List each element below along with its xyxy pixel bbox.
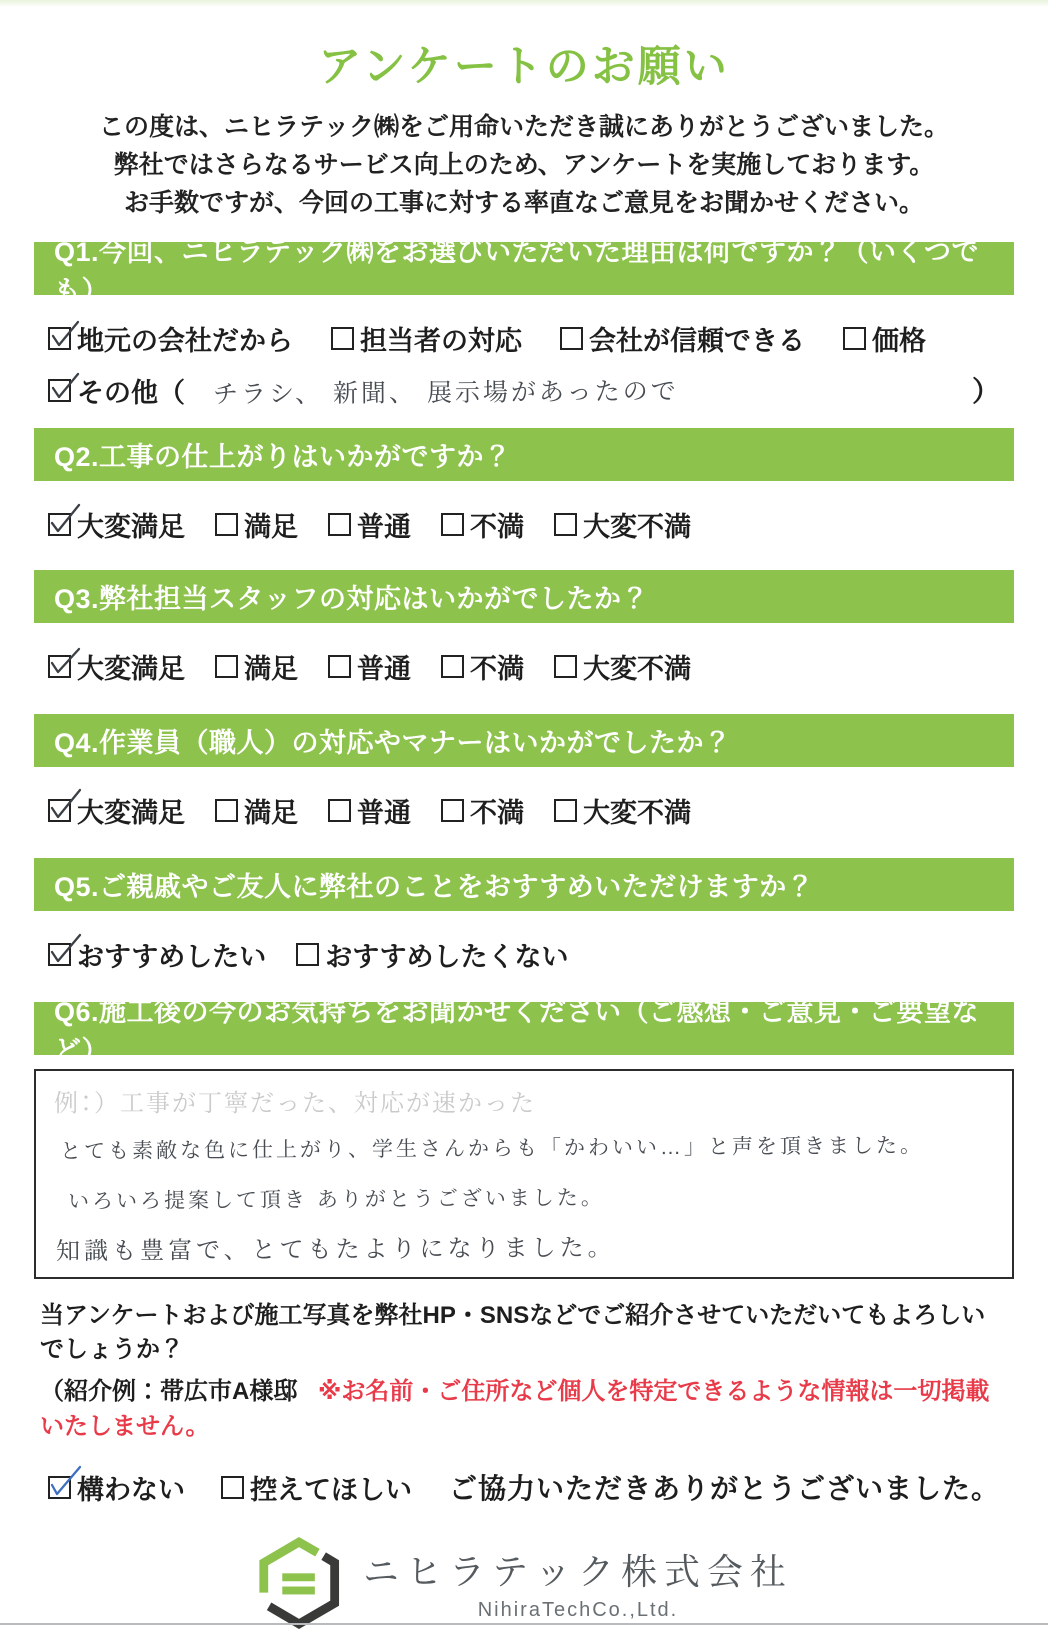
checkbox-q5-not-recommend[interactable] bbox=[296, 943, 319, 966]
option-q3-satisfied[interactable]: 満足 bbox=[215, 647, 298, 686]
q6-comment-box[interactable]: 例：）工事が丁寧だった、対応が速かった とても素敵な色に仕上がり、学生さんからも… bbox=[34, 1069, 1014, 1279]
option-q1-local-company[interactable]: 地元の会社だから bbox=[48, 319, 293, 358]
checkbox-consent-decline[interactable] bbox=[221, 1476, 244, 1499]
option-consent-decline[interactable]: 控えてほしい bbox=[221, 1468, 412, 1507]
intro-line: この度は、ニヒラテック㈱をご用命いただき誠にありがとうございました。 bbox=[0, 108, 1048, 146]
checkbox-q2-very-satisfied[interactable] bbox=[48, 513, 71, 536]
question-1-header: Q1.今回、ニヒラテック㈱をお選びいただいた理由は何ですか？（いくつでも） bbox=[34, 242, 1014, 295]
option-q2-very-satisfied[interactable]: 大変満足 bbox=[48, 505, 185, 544]
checkbox-q1-staff-response[interactable] bbox=[331, 327, 354, 350]
option-q5-not-recommend[interactable]: おすすめしたくない bbox=[296, 935, 568, 974]
intro-line: お手数ですが、今回の工事に対する率直なご意見をお聞かせください。 bbox=[0, 184, 1048, 222]
option-q1-trustworthy[interactable]: 会社が信頼できる bbox=[560, 319, 805, 358]
checkbox-q5-recommend[interactable] bbox=[48, 943, 71, 966]
checkbox-q4-very-satisfied[interactable] bbox=[48, 799, 71, 822]
checkbox-q2-very-dissatisfied[interactable] bbox=[554, 513, 577, 536]
hexagon-logo-icon bbox=[255, 1537, 343, 1629]
closing-paren: ） bbox=[972, 370, 1000, 410]
question-5-options: おすすめしたい おすすめしたくない bbox=[48, 935, 1000, 974]
consent-section: 当アンケートおよび施工写真を弊社HP・SNSなどでご紹介させていただいてもよろし… bbox=[40, 1299, 1008, 1507]
q1-other-handwritten-answer: チラシ、 新聞、 展示場があったので bbox=[213, 369, 972, 410]
checkbox-q1-trustworthy[interactable] bbox=[560, 327, 583, 350]
consent-options: 構わない 控えてほしい ご協力いただきありがとうございました。 bbox=[48, 1467, 1000, 1507]
question-2-header: Q2.工事の仕上がりはいかがですか？ bbox=[34, 428, 1014, 481]
checkbox-q1-price[interactable] bbox=[843, 327, 866, 350]
option-q2-neutral[interactable]: 普通 bbox=[328, 505, 411, 544]
question-2-options: 大変満足 満足 普通 不満 大変不満 bbox=[48, 505, 1000, 544]
checkbox-q4-very-dissatisfied[interactable] bbox=[554, 799, 577, 822]
option-q4-very-dissatisfied[interactable]: 大変不満 bbox=[554, 791, 691, 830]
option-q2-dissatisfied[interactable]: 不満 bbox=[441, 505, 524, 544]
option-q4-neutral[interactable]: 普通 bbox=[328, 791, 411, 830]
thanks-message: ご協力いただきありがとうございました。 bbox=[449, 1467, 1000, 1507]
question-4-options: 大変満足 満足 普通 不満 大変不満 bbox=[48, 791, 1000, 830]
question-1-other-row: その他（ チラシ、 新聞、 展示場があったので ） bbox=[48, 370, 1000, 410]
checkbox-q2-dissatisfied[interactable] bbox=[441, 513, 464, 536]
option-q3-very-satisfied[interactable]: 大変満足 bbox=[48, 647, 185, 686]
option-q3-dissatisfied[interactable]: 不満 bbox=[441, 647, 524, 686]
consent-example-line: （紹介例：帯広市A様邸 ※お名前・ご住所など個人を特定できるような情報は一切掲載… bbox=[40, 1371, 1008, 1441]
checkbox-consent-ok[interactable] bbox=[48, 1476, 71, 1499]
intro-paragraph: この度は、ニヒラテック㈱をご用命いただき誠にありがとうございました。 弊社ではさ… bbox=[0, 108, 1048, 222]
consent-example-prefix: （紹介例：帯広市A様邸 bbox=[40, 1378, 297, 1405]
survey-sheet: アンケートのお願い この度は、ニヒラテック㈱をご用命いただき誠にありがとうござい… bbox=[0, 0, 1048, 1629]
scan-edge-artifact bbox=[0, 0, 1048, 7]
consent-question: 当アンケートおよび施工写真を弊社HP・SNSなどでご紹介させていただいてもよろし… bbox=[40, 1299, 1008, 1367]
checkbox-q2-neutral[interactable] bbox=[328, 513, 351, 536]
option-q2-very-dissatisfied[interactable]: 大変不満 bbox=[554, 505, 691, 544]
question-3-header: Q3.弊社担当スタッフの対応はいかがでしたか？ bbox=[34, 570, 1014, 623]
q6-handwritten-line: とても素敵な色に仕上がり、学生さんからも「かわいい…」と声を頂きました。 bbox=[60, 1129, 994, 1166]
option-q1-price[interactable]: 価格 bbox=[843, 319, 926, 358]
checkbox-q1-other[interactable] bbox=[48, 379, 71, 402]
company-name-english: NihiraTechCo.,Ltd. bbox=[363, 1599, 793, 1622]
q6-handwritten-line: 知識も豊富で、とてもたよりになりました。 bbox=[56, 1225, 994, 1267]
option-consent-ok[interactable]: 構わない bbox=[48, 1468, 185, 1507]
option-q1-staff-response[interactable]: 担当者の対応 bbox=[331, 319, 522, 358]
page-title: アンケートのお願い bbox=[0, 33, 1048, 94]
company-names: ニヒラテック株式会社 NihiraTechCo.,Ltd. bbox=[363, 1544, 793, 1622]
checkbox-q4-dissatisfied[interactable] bbox=[441, 799, 464, 822]
option-q4-satisfied[interactable]: 満足 bbox=[215, 791, 298, 830]
company-brand: ニヒラテック株式会社 NihiraTechCo.,Ltd. bbox=[0, 1537, 1048, 1629]
checkbox-q4-satisfied[interactable] bbox=[215, 799, 238, 822]
question-6-header: Q6.施工後の今のお気持ちをお聞かせください（ご感想・ご意見・ご要望など） bbox=[34, 1002, 1014, 1055]
checkbox-q4-neutral[interactable] bbox=[328, 799, 351, 822]
option-q3-neutral[interactable]: 普通 bbox=[328, 647, 411, 686]
q6-handwritten-line: いろいろ提案して頂き ありがとうございました。 bbox=[68, 1179, 994, 1215]
question-1-options: 地元の会社だから 担当者の対応 会社が信頼できる 価格 bbox=[48, 319, 1000, 358]
checkbox-q3-neutral[interactable] bbox=[328, 655, 351, 678]
checkbox-q3-dissatisfied[interactable] bbox=[441, 655, 464, 678]
option-q1-other[interactable]: その他（ bbox=[48, 371, 185, 410]
option-q4-very-satisfied[interactable]: 大変満足 bbox=[48, 791, 185, 830]
checkbox-q1-local-company[interactable] bbox=[48, 327, 71, 350]
scan-edge-artifact bbox=[0, 1623, 1048, 1625]
option-q5-recommend[interactable]: おすすめしたい bbox=[48, 935, 266, 974]
checkbox-q3-very-satisfied[interactable] bbox=[48, 655, 71, 678]
checkbox-q3-satisfied[interactable] bbox=[215, 655, 238, 678]
option-q2-satisfied[interactable]: 満足 bbox=[215, 505, 298, 544]
option-q4-dissatisfied[interactable]: 不満 bbox=[441, 791, 524, 830]
intro-line: 弊社ではさらなるサービス向上のため、アンケートを実施しております。 bbox=[0, 146, 1048, 184]
question-4-header: Q4.作業員（職人）の対応やマナーはいかがでしたか？ bbox=[34, 714, 1014, 767]
question-3-options: 大変満足 満足 普通 不満 大変不満 bbox=[48, 647, 1000, 686]
q6-example-placeholder: 例：）工事が丁寧だった、対応が速かった bbox=[54, 1083, 994, 1118]
option-q3-very-dissatisfied[interactable]: 大変不満 bbox=[554, 647, 691, 686]
company-name-japanese: ニヒラテック株式会社 bbox=[363, 1544, 793, 1595]
checkbox-q3-very-dissatisfied[interactable] bbox=[554, 655, 577, 678]
checkbox-q2-satisfied[interactable] bbox=[215, 513, 238, 536]
question-5-header: Q5.ご親戚やご友人に弊社のことをおすすめいただけますか？ bbox=[34, 858, 1014, 911]
